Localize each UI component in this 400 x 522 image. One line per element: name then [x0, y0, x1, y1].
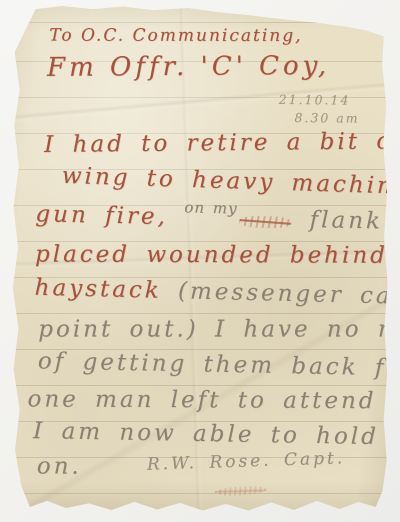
ink-smudge: [214, 485, 266, 497]
body-line: gun fire, on my flank. I: [35, 201, 400, 235]
body-line: on.: [37, 453, 82, 479]
date-annotation: 21.10.14: [279, 92, 351, 108]
body-line: wing to heavy machine: [61, 163, 400, 200]
photo-frame: To O.C. Communicating, Fm Offr. 'C' Coy,…: [0, 0, 400, 522]
letter-content: To O.C. Communicating, Fm Offr. 'C' Coy,…: [6, 2, 391, 513]
letter-paper: To O.C. Communicating, Fm Offr. 'C' Coy,…: [9, 4, 389, 511]
body-text-segment: I had to retire a bit o: [44, 128, 393, 158]
body-text-segment: placed wounded behind: [35, 242, 388, 269]
photo-background: { "colors": { "paper": "#e9e0c6", "backg…: [0, 0, 400, 522]
signature: R.W. Rose. Capt.: [147, 448, 346, 475]
pencil-insertion: on my: [184, 198, 238, 217]
body-text-segment: on.: [37, 453, 82, 479]
body-text-segment: flank. I: [293, 207, 400, 236]
body-line: placed wounded behind: [35, 242, 388, 269]
time-annotation: 8.30 am: [294, 110, 359, 126]
body-text-segment: of getting them back further.: [38, 348, 400, 383]
crossed-out-word: [239, 216, 291, 229]
body-line: point out.) I have no means: [38, 317, 400, 343]
body-line: of getting them back further.: [38, 348, 400, 383]
body-line: I had to retire a bit o: [44, 128, 393, 158]
body-text-segment: haystack: [34, 275, 178, 304]
body-text-segment: I am now able to hold: [33, 418, 379, 450]
addressee-line: To O.C. Communicating,: [49, 26, 302, 46]
body-line: haystack (messenger can: [34, 275, 400, 310]
sender-line: Fm Offr. 'C' Coy,: [47, 51, 330, 83]
body-text-segment: (messenger can: [178, 278, 400, 310]
body-line: I am now able to hold: [33, 418, 379, 450]
body-text-segment: point out.) I have no means: [38, 317, 400, 343]
body-text-segment: one man left to attend them.: [27, 386, 400, 414]
body-text-segment: wing to heavy machine: [61, 163, 400, 200]
body-line: one man left to attend them.: [27, 386, 400, 414]
body-text-segment: gun fire,: [35, 201, 184, 230]
